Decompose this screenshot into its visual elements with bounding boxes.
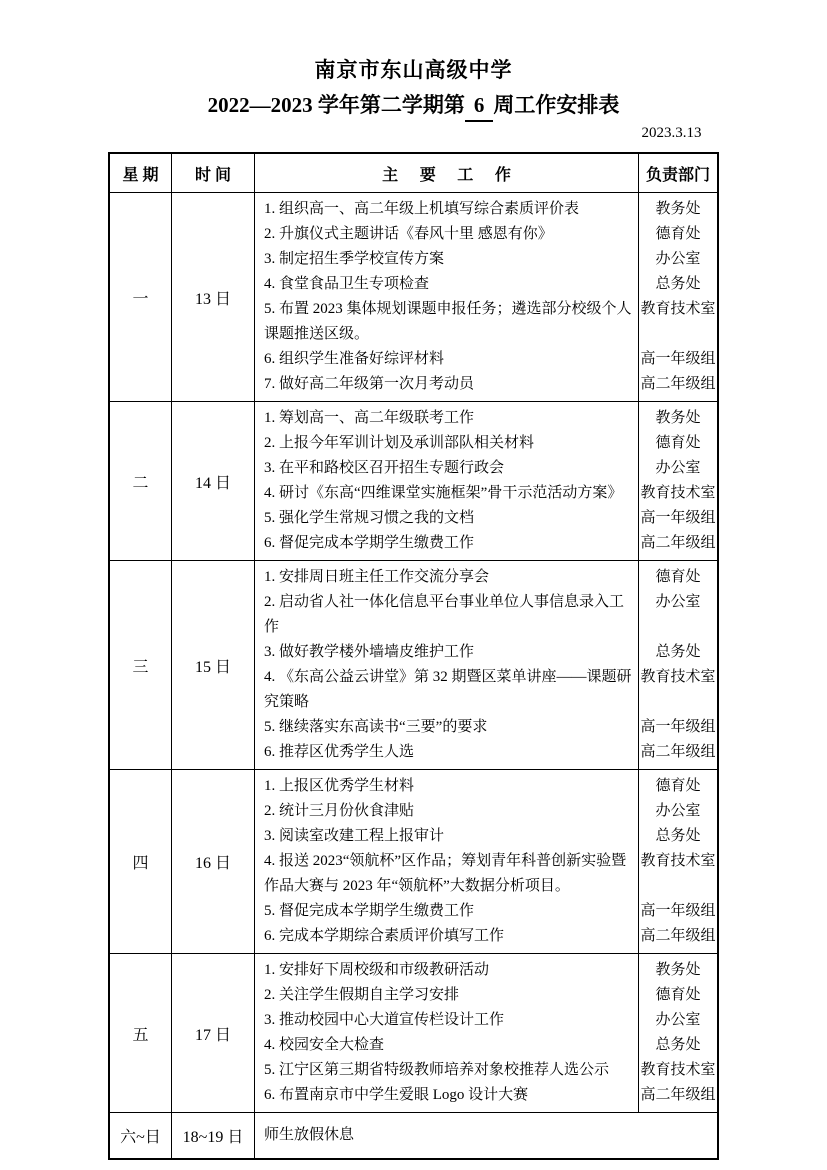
task-dept: 教育技术室	[639, 849, 719, 899]
task-dept: 办公室	[639, 590, 719, 640]
task-dept: 教育技术室	[639, 481, 719, 506]
col-header-dept: 负责部门	[639, 153, 719, 193]
time-cell: 15 日	[172, 561, 255, 770]
school-title: 南京市东山高级中学	[0, 0, 827, 84]
day-cell: 四	[109, 770, 172, 954]
time-cell: 17 日	[172, 954, 255, 1113]
task-dept: 高二年级组	[639, 740, 719, 770]
task-text: 4. 报送 2023“领航杯”区作品；筹划青年科普创新实验暨作品大赛与 2023…	[255, 849, 639, 899]
day-group: 三15 日1. 安排周日班主任工作交流分享会德育处2. 启动省人社一体化信息平台…	[109, 561, 718, 770]
day-group: 一13 日1. 组织高一、高二年级上机填写综合素质评价表教务处2. 升旗仪式主题…	[109, 193, 718, 402]
task-text: 3. 做好教学楼外墙墙皮维护工作	[255, 640, 639, 665]
task-dept: 教育技术室	[639, 1058, 719, 1083]
task-dept: 总务处	[639, 272, 719, 297]
task-dept: 教育技术室	[639, 665, 719, 715]
task-text: 2. 关注学生假期自主学习安排	[255, 983, 639, 1008]
task-dept: 教务处	[639, 954, 719, 984]
time-cell: 16 日	[172, 770, 255, 954]
day-cell: 三	[109, 561, 172, 770]
schedule-table: 星 期 时 间 主 要 工 作 负责部门 一13 日1. 组织高一、高二年级上机…	[108, 152, 719, 1160]
task-text: 1. 组织高一、高二年级上机填写综合素质评价表	[255, 193, 639, 223]
task-text: 6. 布置南京市中学生爱眼 Logo 设计大赛	[255, 1083, 639, 1113]
task-dept: 总务处	[639, 824, 719, 849]
task-text: 师生放假休息	[255, 1113, 719, 1160]
task-dept: 高一年级组	[639, 715, 719, 740]
task-dept: 德育处	[639, 561, 719, 591]
task-dept: 高二年级组	[639, 924, 719, 954]
table-header: 星 期 时 间 主 要 工 作 负责部门	[109, 153, 718, 193]
day-cell: 六~日	[109, 1113, 172, 1160]
time-cell: 14 日	[172, 402, 255, 561]
task-text: 1. 筹划高一、高二年级联考工作	[255, 402, 639, 432]
task-text: 2. 上报今年军训计划及承训部队相关材料	[255, 431, 639, 456]
task-text: 5. 督促完成本学期学生缴费工作	[255, 899, 639, 924]
task-row: 一13 日1. 组织高一、高二年级上机填写综合素质评价表教务处	[109, 193, 718, 223]
task-text: 6. 督促完成本学期学生缴费工作	[255, 531, 639, 561]
task-text: 1. 安排周日班主任工作交流分享会	[255, 561, 639, 591]
task-text: 5. 继续落实东高读书“三要”的要求	[255, 715, 639, 740]
task-dept: 高一年级组	[639, 347, 719, 372]
document-page: 南京市东山高级中学 2022—2023 学年第二学期第6周工作安排表 2023.…	[0, 0, 827, 1170]
task-text: 3. 阅读室改建工程上报审计	[255, 824, 639, 849]
task-text: 5. 江宁区第三期省特级教师培养对象校推荐人选公示	[255, 1058, 639, 1083]
task-dept: 教育技术室	[639, 297, 719, 347]
task-text: 2. 统计三月份伙食津贴	[255, 799, 639, 824]
task-text: 6. 组织学生准备好综评材料	[255, 347, 639, 372]
task-text: 4. 《东高公益云讲堂》第 32 期暨区菜单讲座——课题研究策略	[255, 665, 639, 715]
task-text: 1. 上报区优秀学生材料	[255, 770, 639, 800]
task-dept: 德育处	[639, 431, 719, 456]
task-text: 4. 校园安全大检查	[255, 1033, 639, 1058]
day-cell: 五	[109, 954, 172, 1113]
day-group: 五17 日1. 安排好下周校级和市级教研活动教务处2. 关注学生假期自主学习安排…	[109, 954, 718, 1113]
task-row: 五17 日1. 安排好下周校级和市级教研活动教务处	[109, 954, 718, 984]
task-dept: 办公室	[639, 1008, 719, 1033]
subtitle-suffix: 周工作安排表	[493, 93, 619, 117]
task-row: 四16 日1. 上报区优秀学生材料德育处	[109, 770, 718, 800]
task-text: 7. 做好高二年级第一次月考动员	[255, 372, 639, 402]
task-dept: 德育处	[639, 983, 719, 1008]
day-group: 四16 日1. 上报区优秀学生材料德育处2. 统计三月份伙食津贴办公室3. 阅读…	[109, 770, 718, 954]
task-dept: 德育处	[639, 222, 719, 247]
col-header-time: 时 间	[172, 153, 255, 193]
task-text: 5. 强化学生常规习惯之我的文档	[255, 506, 639, 531]
day-group: 六~日18~19 日师生放假休息	[109, 1113, 718, 1160]
task-dept: 总务处	[639, 640, 719, 665]
doc-subtitle: 2022—2023 学年第二学期第6周工作安排表	[0, 90, 827, 122]
task-dept: 教务处	[639, 402, 719, 432]
task-text: 5. 布置 2023 集体规划课题申报任务；遴选部分校级个人课题推送区级。	[255, 297, 639, 347]
doc-date: 2023.3.13	[112, 123, 716, 143]
task-text: 6. 推荐区优秀学生人选	[255, 740, 639, 770]
task-text: 3. 推动校园中心大道宣传栏设计工作	[255, 1008, 639, 1033]
col-header-day: 星 期	[109, 153, 172, 193]
task-dept: 教务处	[639, 193, 719, 223]
task-text: 2. 启动省人社一体化信息平台事业单位人事信息录入工作	[255, 590, 639, 640]
task-dept: 办公室	[639, 456, 719, 481]
task-row: 六~日18~19 日师生放假休息	[109, 1113, 718, 1160]
task-row: 二14 日1. 筹划高一、高二年级联考工作教务处	[109, 402, 718, 432]
task-dept: 德育处	[639, 770, 719, 800]
day-group: 二14 日1. 筹划高一、高二年级联考工作教务处2. 上报今年军训计划及承训部队…	[109, 402, 718, 561]
day-cell: 一	[109, 193, 172, 402]
day-cell: 二	[109, 402, 172, 561]
task-dept: 办公室	[639, 799, 719, 824]
col-header-work: 主 要 工 作	[255, 153, 639, 193]
header-row: 星 期 时 间 主 要 工 作 负责部门	[109, 153, 718, 193]
task-dept: 办公室	[639, 247, 719, 272]
task-text: 4. 研讨《东高“四维课堂实施框架”骨干示范活动方案》	[255, 481, 639, 506]
task-text: 3. 在平和路校区召开招生专题行政会	[255, 456, 639, 481]
task-dept: 高二年级组	[639, 372, 719, 402]
task-dept: 总务处	[639, 1033, 719, 1058]
task-dept: 高一年级组	[639, 899, 719, 924]
task-text: 2. 升旗仪式主题讲话《春风十里 感恩有你》	[255, 222, 639, 247]
task-text: 1. 安排好下周校级和市级教研活动	[255, 954, 639, 984]
task-text: 6. 完成本学期综合素质评价填写工作	[255, 924, 639, 954]
time-cell: 18~19 日	[172, 1113, 255, 1160]
task-dept: 高二年级组	[639, 531, 719, 561]
task-dept: 高一年级组	[639, 506, 719, 531]
task-text: 3. 制定招生季学校宣传方案	[255, 247, 639, 272]
task-row: 三15 日1. 安排周日班主任工作交流分享会德育处	[109, 561, 718, 591]
subtitle-prefix: 2022—2023 学年第二学期第	[208, 93, 465, 117]
week-number: 6	[465, 90, 494, 122]
task-dept: 高二年级组	[639, 1083, 719, 1113]
task-text: 4. 食堂食品卫生专项检查	[255, 272, 639, 297]
time-cell: 13 日	[172, 193, 255, 402]
